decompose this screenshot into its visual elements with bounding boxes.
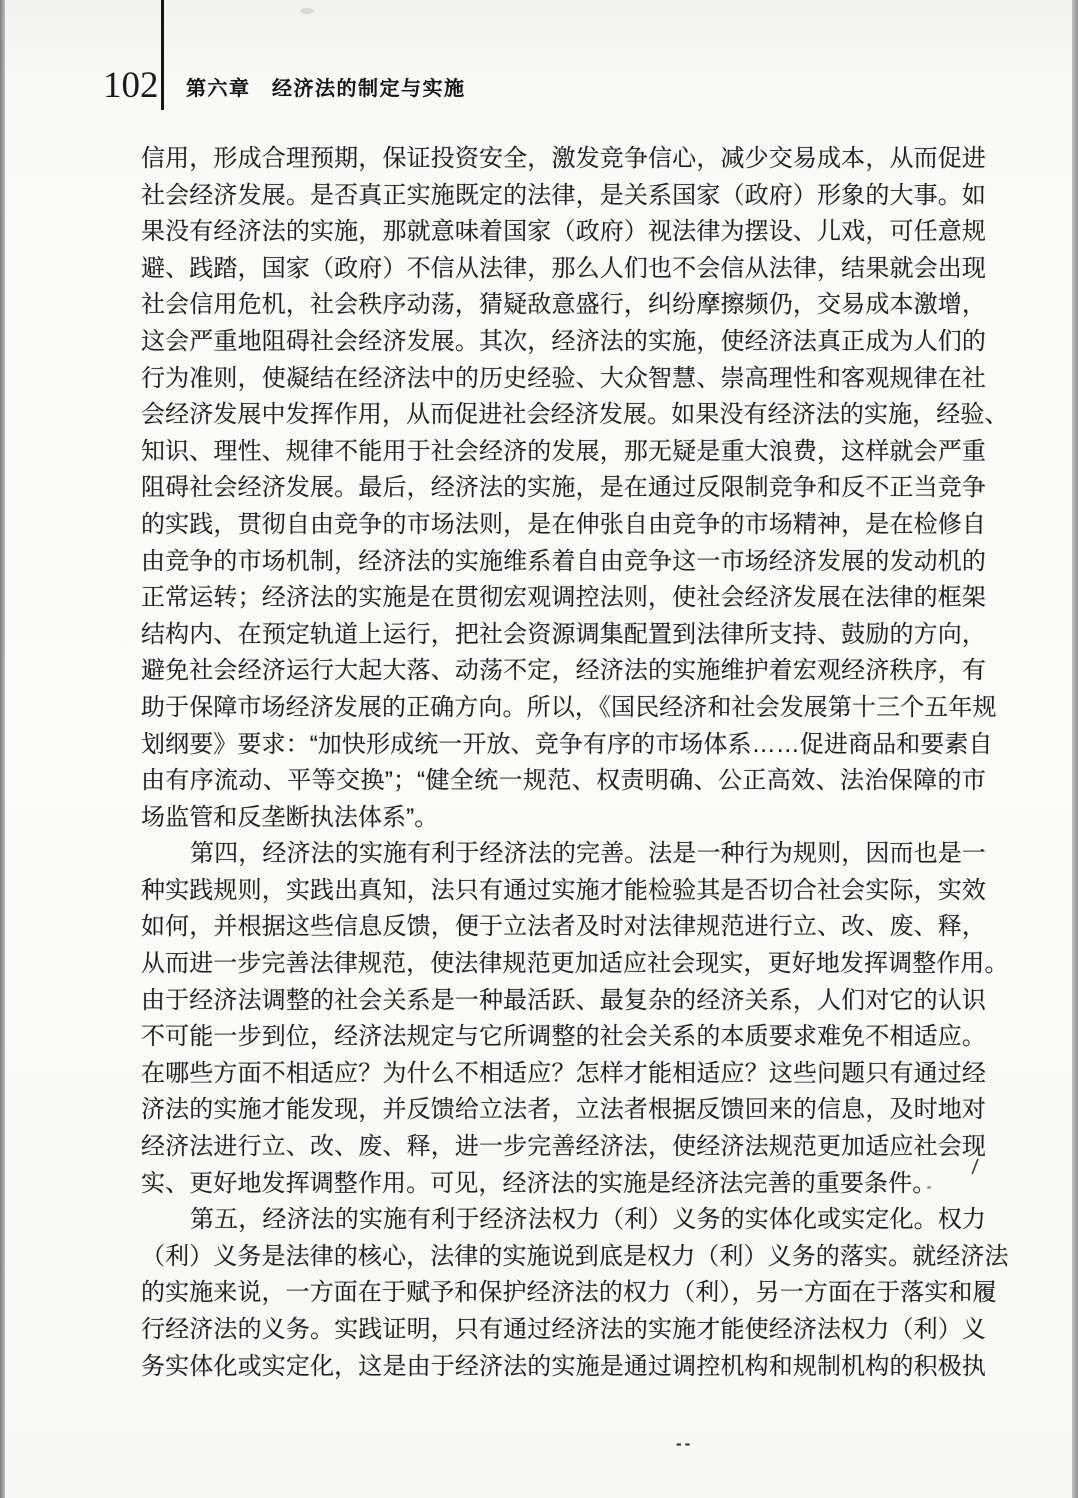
text-line: 由于经济法调整的社会关系是一种最活跃、最复杂的经济关系，人们对它的认识	[141, 983, 986, 1020]
text-line: 正常运转；经济法的实施是在贯彻宏观调控法则，使社会经济发展在法律的框架	[141, 580, 986, 617]
text-line: 社会信用危机，社会秩序动荡，猜疑敌意盛行，纠纷摩擦频仍，交易成本激增，	[141, 287, 986, 324]
text-line: 信用，形成合理预期，保证投资安全，激发竞争信心，减少交易成本，从而促进	[141, 141, 986, 178]
text-line: 的实施来说，一方面在于赋予和保护经济法的权力（利），另一方面在于落实和履	[141, 1275, 986, 1312]
text-line: 由有序流动、平等交换”；“健全统一规范、权责明确、公正高效、法治保障的市	[141, 763, 986, 800]
text-line: 第五，经济法的实施有利于经济法权力（利）义务的实体化或实定化。权力	[141, 1202, 986, 1239]
text-line: 由竞争的市场机制，经济法的实施维系着自由竞争这一市场经济发展的发动机的	[141, 544, 986, 581]
text-line: 果没有经济法的实施，那就意味着国家（政府）视法律为摆设、儿戏，可任意规	[141, 214, 986, 251]
text-line: 这会严重地阻碍社会经济发展。其次，经济法的实施，使经济法真正成为人们的	[141, 324, 986, 361]
text-line: 行经济法的义务。实践证明，只有通过经济法的实施才能使经济法权力（利）义	[141, 1312, 986, 1349]
body-text: 信用，形成合理预期，保证投资安全，激发竞争信心，减少交易成本，从而促进社会经济发…	[141, 141, 986, 1385]
text-line: 阻碍社会经济发展。最后，经济法的实施，是在通过反限制竞争和反不正当竞争	[141, 470, 986, 507]
text-line: （利）义务是法律的核心，法律的实施说到底是权力（利）义务的落实。就经济法	[141, 1239, 986, 1276]
text-line: 种实践规则，实践出真知，法只有通过实施才能检验其是否切合社会实际，实效	[141, 873, 986, 910]
header-divider-rule	[161, 0, 164, 110]
page-number: 102	[103, 64, 159, 107]
text-line: 会经济发展中发挥作用，从而促进社会经济发展。如果没有经济法的实施，经验、	[141, 397, 986, 434]
chapter-title: 第六章 经济法的制定与实施	[186, 72, 466, 101]
text-line: 场监管和反垄断执法体系”。	[141, 800, 986, 837]
scan-bottom-mark: --	[676, 1434, 693, 1454]
text-line: 划纲要》要求：“加快形成统一开放、竞争有序的市场体系……促进商品和要素自	[141, 727, 986, 764]
text-line: 经济法进行立、改、废、释，进一步完善经济法，使经济法规范更加适应社会现	[141, 1129, 986, 1166]
text-line: 助于保障市场经济发展的正确方向。所以，《国民经济和社会发展第十三个五年规	[141, 690, 986, 727]
text-line: 的实践，贯彻自由竞争的市场法则，是在伸张自由竞争的市场精神，是在检修自	[141, 507, 986, 544]
text-line: 从而进一步完善法律规范，使法律规范更加适应社会现实，更好地发挥调整作用。	[141, 946, 986, 983]
text-line: 行为准则，使凝结在经济法中的历史经验、大众智慧、崇高理性和客观规律在社	[141, 361, 986, 398]
text-line: 避免社会经济运行大起大落、动荡不定，经济法的实施维护着宏观经济秩序，有	[141, 653, 986, 690]
scan-smudge	[300, 8, 314, 14]
text-line: 第四，经济法的实施有利于经济法的完善。法是一种行为规则，因而也是一	[141, 836, 986, 873]
scan-edge-right	[1072, 0, 1078, 1498]
text-line: 济法的实施才能发现，并反馈给立法者，立法者根据反馈回来的信息，及时地对	[141, 1092, 986, 1129]
text-line: 不可能一步到位，经济法规定与它所调整的社会关系的本质要求难免不相适应。	[141, 1019, 986, 1056]
text-line: 务实体化或实定化，这是由于经济法的实施是通过调控机构和规制机构的积极执	[141, 1349, 986, 1386]
text-line: 知识、理性、规律不能用于社会经济的发展，那无疑是重大浪费，这样就会严重	[141, 434, 986, 471]
text-line: 在哪些方面不相适应？为什么不相适应？怎样才能相适应？这些问题只有通过经	[141, 1056, 986, 1093]
text-line: 社会经济发展。是否真正实施既定的法律，是关系国家（政府）形象的大事。如	[141, 178, 986, 215]
text-line: 实、更好地发挥调整作用。可见，经济法的实施是经济法完善的重要条件。	[141, 1166, 986, 1203]
text-line: 如何，并根据这些信息反馈，便于立法者及时对法律规范进行立、改、废、释，	[141, 909, 986, 946]
scan-edge-left	[0, 0, 5, 1498]
text-line: 避、践踏，国家（政府）不信从法律，那么人们也不会信从法律，结果就会出现	[141, 251, 986, 288]
scan-dot	[927, 1186, 931, 1189]
text-line: 结构内、在预定轨道上运行，把社会资源调集配置到法律所支持、鼓励的方向，	[141, 617, 986, 654]
